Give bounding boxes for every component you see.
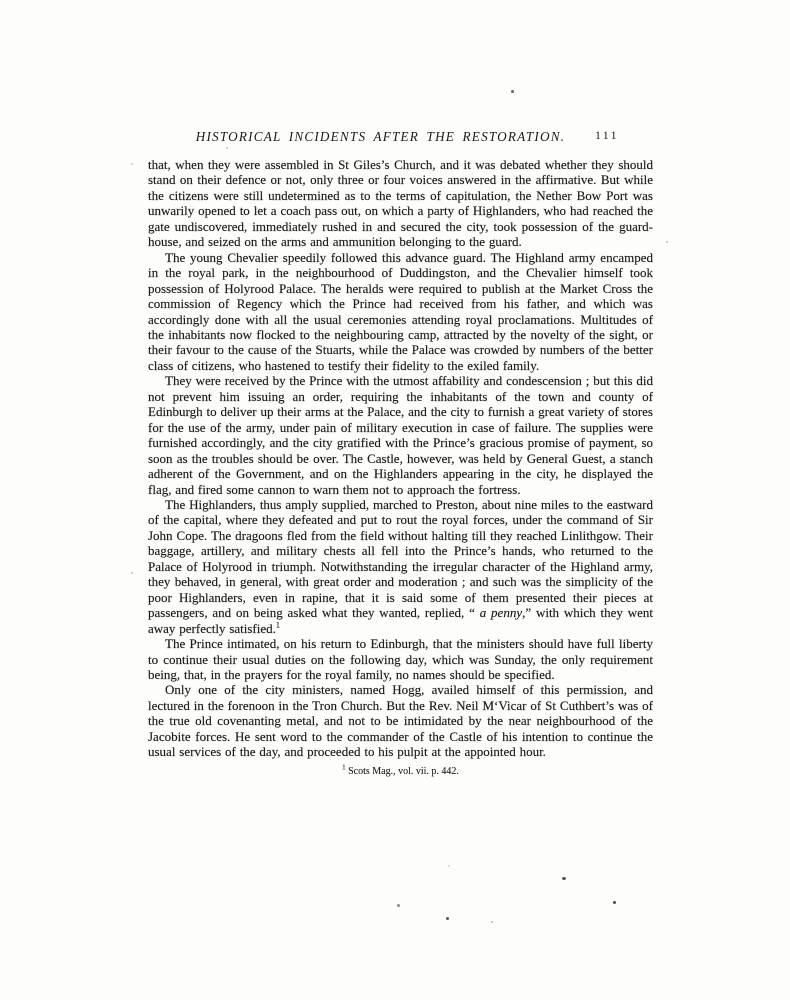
- scan-speck: [131, 572, 133, 574]
- page-number: 111: [595, 130, 619, 142]
- footnote: 1 Scots Mag., vol. vii. p. 442.: [148, 766, 653, 777]
- text-block: HISTORICAL INCIDENTS AFTER THE RESTORATI…: [148, 129, 653, 777]
- scan-speck: [491, 921, 493, 923]
- running-head-title: HISTORICAL INCIDENTS AFTER THE RESTORATI…: [148, 129, 653, 145]
- scan-speck: [613, 901, 616, 904]
- running-head: HISTORICAL INCIDENTS AFTER THE RESTORATI…: [148, 129, 653, 145]
- scan-speck: [131, 163, 133, 165]
- paragraph: The Highlanders, thus amply supplied, ma…: [148, 497, 653, 636]
- scan-speck: [448, 865, 450, 867]
- scan-speck: [446, 917, 449, 920]
- footnote-text: Scots Mag., vol. vii. p. 442.: [348, 766, 459, 777]
- paragraph: They were received by the Prince with th…: [148, 373, 653, 497]
- body-text: that, when they were assembled in St Gil…: [148, 157, 653, 760]
- paragraph: Only one of the city ministers, named Ho…: [148, 682, 653, 759]
- paragraph: that, when they were assembled in St Gil…: [148, 157, 653, 250]
- scan-speck: [562, 877, 566, 880]
- paragraph: The young Chevalier speedily followed th…: [148, 250, 653, 374]
- book-page: HISTORICAL INCIDENTS AFTER THE RESTORATI…: [0, 0, 790, 1000]
- paragraph: The Prince intimated, on his return to E…: [148, 636, 653, 682]
- scan-speck: [397, 904, 400, 907]
- footnote-marker: 1: [342, 763, 346, 771]
- scan-speck: [511, 90, 514, 93]
- scan-speck: [666, 241, 668, 243]
